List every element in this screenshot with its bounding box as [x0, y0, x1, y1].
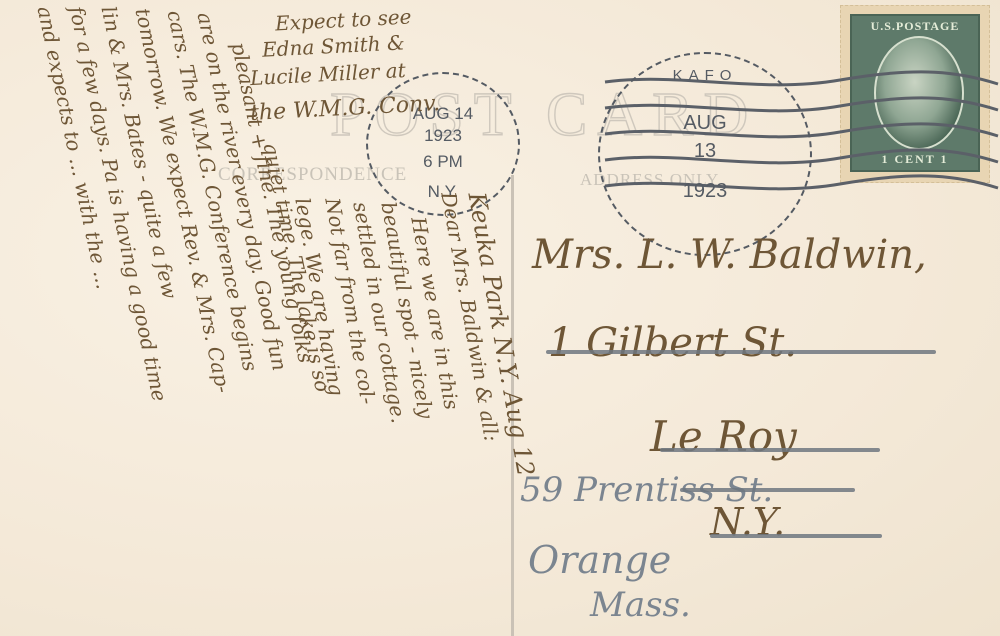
- postmark-right-day: 13: [600, 142, 810, 161]
- message-area: Keuka Park N.Y. Aug 12 Dear Mrs. Baldwin…: [10, 0, 510, 636]
- new-state: Mass.: [590, 585, 691, 625]
- postmark-right-year: 1923: [600, 182, 810, 201]
- postmark-right-month: AUG: [600, 114, 810, 133]
- new-city: Orange: [528, 538, 671, 582]
- stamp-top-text: U.S.POSTAGE: [852, 19, 978, 34]
- recipient-name: Mrs. L. W. Baldwin,: [532, 232, 927, 278]
- old-city: Le Roy: [650, 412, 797, 461]
- strikethrough-city: [660, 448, 880, 452]
- strikethrough-state: [710, 534, 882, 538]
- strikethrough-street: [546, 350, 936, 354]
- old-street: 1 Gilbert St.: [548, 320, 797, 366]
- postmark-right-town: KAFO: [600, 66, 810, 85]
- strikethrough-extra: [680, 488, 855, 492]
- postmark-right: KAFO AUG 13 1923: [598, 52, 812, 256]
- postcard: POST CARD CORRESPONDENCE ADDRESS ONLY U.…: [0, 0, 1000, 636]
